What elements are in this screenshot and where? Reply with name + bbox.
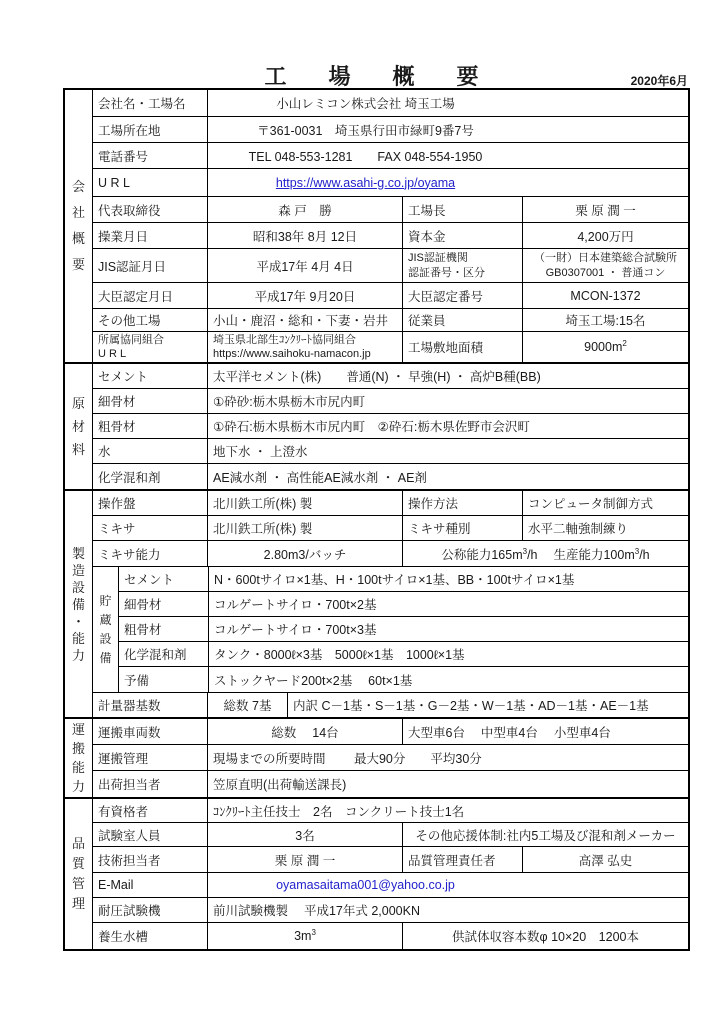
value-cell: 水平二軸強制練り — [523, 516, 688, 540]
row-label-cell: 化学混和剤 — [93, 464, 208, 489]
value-cell: MCON-1372 — [523, 283, 688, 308]
value-cell: その他応援体制:社内5工場及び混和剤メーカー — [403, 823, 688, 846]
section-label-col: 品質管理 — [65, 799, 93, 949]
table-row: 予備ストックヤード200t×2基 60t×1基 — [119, 667, 688, 692]
section-materials: 原材料セメント太平洋セメント(株) 普通(N) ・ 早強(H) ・ 高炉B種(B… — [65, 364, 688, 491]
row-label-cell: 細骨材 — [93, 389, 208, 413]
table-row: 有資格者ｺﾝｸﾘｰﾄ主任技士 2名 コンクリート技士1名 — [93, 799, 688, 823]
value-cell: タンク・8000ℓ×3基 5000ℓ×1基 1000ℓ×1基 — [209, 642, 688, 666]
row-label-cell: セメント — [119, 567, 209, 591]
table-row: 計量器基数総数 7基内訳 C－1基・S－1基・G－2基・W－1基・AD－1基・A… — [93, 693, 688, 717]
row-label-cell: 運搬管理 — [93, 745, 208, 770]
value-cell: 3名 — [208, 823, 403, 846]
table-row: 所属協同組合U R L埼玉県北部生ｺﾝｸﾘｰﾄ協同組合https://www.s… — [93, 332, 688, 362]
row-label-cell: ミキサ — [93, 516, 208, 540]
table-row: 耐圧試験機前川試験機製 平成17年式 2,000KN — [93, 898, 688, 923]
row-label-cell: 粗骨材 — [93, 414, 208, 438]
section-label-equipment: 製造設備・能力 — [72, 545, 85, 664]
row-label-cell: 出荷担当者 — [93, 771, 208, 797]
row-label-cell: U R L — [93, 169, 208, 196]
row-label-cell: その他工場 — [93, 309, 208, 331]
value-cell: 公称能力165m3/h 生産能力100m3/h — [403, 541, 688, 566]
table-row: 養生水槽3m3供試体収容本数φ 10×20 1200本 — [93, 923, 688, 949]
table-row: セメントN・600tサイロ×1基、H・100tサイロ×1基、BB・100tサイロ… — [119, 567, 688, 592]
storage-label: 貯蔵設備 — [99, 592, 111, 668]
value-cell: コルゲートサイロ・700t×3基 — [209, 617, 688, 641]
date-label: 2020年6月 — [63, 72, 688, 89]
table-row: 運搬車両数総数 14台大型車6台 中型車4台 小型車4台 — [93, 719, 688, 745]
row-label-cell: 運搬車両数 — [93, 719, 208, 744]
table-row: U R Lhttps://www.asahi-g.co.jp/oyama — [93, 169, 688, 197]
row-label-cell: 大臣認定月日 — [93, 283, 208, 308]
row-label-cell: 予備 — [119, 667, 209, 692]
section-label-col: 製造設備・能力 — [65, 491, 93, 717]
table-row: 工場所在地〒361-0031 埼玉県行田市緑町9番7号 — [93, 117, 688, 143]
value-cell: 総数 14台 — [208, 719, 403, 744]
table-row: 粗骨材①砕石:栃木県栃木市尻内町 ②砕石:栃木県佐野市会沢町 — [93, 414, 688, 439]
field-label-cell: 大臣認定番号 — [403, 283, 523, 308]
table-row: その他工場小山・鹿沼・総和・下妻・岩井従業員埼玉工場:15名 — [93, 309, 688, 332]
field-label-cell: 工場長 — [403, 197, 523, 222]
row-label-cell: セメント — [93, 364, 208, 388]
table-row: 代表取締役森 戸 勝工場長栗 原 潤 一 — [93, 197, 688, 223]
table-row: ミキサ北川鉄工所(株) 製ミキサ種別水平二軸強制練り — [93, 516, 688, 541]
value-cell: 2.80m3/バッチ — [208, 541, 403, 566]
value-cell — [523, 873, 688, 897]
table-row: 細骨材①砕砂:栃木県栃木市尻内町 — [93, 389, 688, 414]
row-label-cell: 会社名・工場名 — [93, 90, 208, 116]
value-cell: TEL 048-553-1281 FAX 048-554-1950 — [208, 143, 523, 168]
table-row: 大臣認定月日平成17年 9月20日大臣認定番号MCON-1372 — [93, 283, 688, 309]
row-label-cell: 細骨材 — [119, 592, 209, 616]
field-label-cell: 資本金 — [403, 223, 523, 248]
value-cell: 地下水 ・ 上澄水 — [208, 439, 688, 463]
value-cell: 埼玉県北部生ｺﾝｸﾘｰﾄ協同組合https://www.saihoku-nama… — [208, 332, 403, 362]
value-cell: ①砕石:栃木県栃木市尻内町 ②砕石:栃木県佐野市会沢町 — [208, 414, 688, 438]
value-cell: コルゲートサイロ・700t×2基 — [209, 592, 688, 616]
value-cell: 栗 原 潤 一 — [208, 847, 403, 872]
section-label-transport: 運搬能力 — [72, 720, 85, 796]
row-label-cell: E-Mail — [93, 873, 208, 897]
value-cell: 現場までの所要時間 最大90分 平均30分 — [208, 745, 688, 770]
value-cell: 北川鉄工所(株) 製 — [208, 516, 403, 540]
row-label-cell: 耐圧試験機 — [93, 898, 208, 922]
value-cell — [523, 143, 688, 168]
section-label-col: 会社概要 — [65, 90, 93, 362]
row-label-cell: 有資格者 — [93, 799, 208, 822]
storage-label-col: 貯蔵設備 — [93, 567, 119, 692]
value-cell: 埼玉工場:15名 — [523, 309, 688, 331]
page: 工 場 概 要 2020年6月 会社概要会社名・工場名小山レミコン株式会社 埼玉… — [0, 0, 724, 1024]
field-label-cell: 工場敷地面積 — [403, 332, 523, 362]
factory-overview-table: 会社概要会社名・工場名小山レミコン株式会社 埼玉工場工場所在地〒361-0031… — [63, 88, 690, 951]
value-cell — [523, 117, 688, 142]
value-cell: 昭和38年 8月 12日 — [208, 223, 403, 248]
section-equipment: 製造設備・能力操作盤北川鉄工所(株) 製操作方法コンピュータ制御方式ミキサ北川鉄… — [65, 491, 688, 719]
section-label-company: 会社概要 — [72, 174, 85, 278]
section-label-quality: 品質管理 — [72, 834, 85, 914]
table-row: 出荷担当者笠原直明(出荷輸送課長) — [93, 771, 688, 797]
field-label-cell: 品質管理責任者 — [403, 847, 523, 872]
table-row: 運搬管理現場までの所要時間 最大90分 平均30分 — [93, 745, 688, 771]
row-label-cell: ミキサ能力 — [93, 541, 208, 566]
value-cell: 3m3 — [208, 923, 403, 949]
row-label-cell: 化学混和剤 — [119, 642, 209, 666]
field-label-cell: 従業員 — [403, 309, 523, 331]
value-cell: 森 戸 勝 — [208, 197, 403, 222]
value-cell: 平成17年 9月20日 — [208, 283, 403, 308]
section-transport: 運搬能力運搬車両数総数 14台大型車6台 中型車4台 小型車4台運搬管理現場まで… — [65, 719, 688, 799]
value-cell — [523, 90, 688, 116]
value-cell: 〒361-0031 埼玉県行田市緑町9番7号 — [208, 117, 523, 142]
value-cell: 太平洋セメント(株) 普通(N) ・ 早強(H) ・ 高炉B種(BB) — [208, 364, 688, 388]
table-row: 操作盤北川鉄工所(株) 製操作方法コンピュータ制御方式 — [93, 491, 688, 516]
value-cell: ストックヤード200t×2基 60t×1基 — [209, 667, 688, 692]
value-cell: N・600tサイロ×1基、H・100tサイロ×1基、BB・100tサイロ×1基 — [209, 567, 688, 591]
row-label-cell: 水 — [93, 439, 208, 463]
value-cell: 総数 7基 — [208, 693, 288, 717]
field-label-cell: JIS認証機関認証番号・区分 — [403, 249, 523, 282]
row-label-cell: 操業月日 — [93, 223, 208, 248]
value-cell: 高澤 弘史 — [523, 847, 688, 872]
row-label-cell: 試験室人員 — [93, 823, 208, 846]
value-cell: 前川試験機製 平成17年式 2,000KN — [208, 898, 688, 922]
table-row: 化学混和剤AE減水剤 ・ 高性能AE減水剤 ・ AE剤 — [93, 464, 688, 489]
row-label-cell: 所属協同組合U R L — [93, 332, 208, 362]
value-cell: 4,200万円 — [523, 223, 688, 248]
value-cell: （一財）日本建築総合試験所GB0307001 ・ 普通コン — [523, 249, 688, 282]
table-row: 会社名・工場名小山レミコン株式会社 埼玉工場 — [93, 90, 688, 117]
table-row: 化学混和剤タンク・8000ℓ×3基 5000ℓ×1基 1000ℓ×1基 — [119, 642, 688, 667]
field-label-cell: ミキサ種別 — [403, 516, 523, 540]
section-quality: 品質管理有資格者ｺﾝｸﾘｰﾄ主任技士 2名 コンクリート技士1名試験室人員3名そ… — [65, 799, 688, 949]
value-cell: 笠原直明(出荷輸送課長) — [208, 771, 688, 797]
value-cell: 9000m2 — [523, 332, 688, 362]
section-label-col: 原材料 — [65, 364, 93, 489]
value-cell: 供試体収容本数φ 10×20 1200本 — [403, 923, 688, 949]
row-label-cell: 操作盤 — [93, 491, 208, 515]
row-label-cell: 技術担当者 — [93, 847, 208, 872]
section-label-materials: 原材料 — [72, 392, 85, 461]
table-row: JIS認証月日平成17年 4月 4日JIS認証機関認証番号・区分（一財）日本建築… — [93, 249, 688, 283]
row-label-cell: JIS認証月日 — [93, 249, 208, 282]
section-label-col: 運搬能力 — [65, 719, 93, 797]
field-label-cell: 操作方法 — [403, 491, 523, 515]
table-row: 粗骨材コルゲートサイロ・700t×3基 — [119, 617, 688, 642]
table-row: 水地下水 ・ 上澄水 — [93, 439, 688, 464]
email-link[interactable]: oyamasaitama001@yahoo.co.jp — [208, 873, 523, 897]
value-cell: 小山レミコン株式会社 埼玉工場 — [208, 90, 523, 116]
value-cell: ｺﾝｸﾘｰﾄ主任技士 2名 コンクリート技士1名 — [208, 799, 688, 822]
row-label-cell: 代表取締役 — [93, 197, 208, 222]
storage-block: 貯蔵設備セメントN・600tサイロ×1基、H・100tサイロ×1基、BB・100… — [93, 567, 688, 693]
row-label-cell: 電話番号 — [93, 143, 208, 168]
value-cell — [523, 169, 688, 196]
row-label-cell: 工場所在地 — [93, 117, 208, 142]
value-cell: 大型車6台 中型車4台 小型車4台 — [403, 719, 688, 744]
table-row: 技術担当者栗 原 潤 一品質管理責任者高澤 弘史 — [93, 847, 688, 873]
value-cell: 平成17年 4月 4日 — [208, 249, 403, 282]
table-row: 試験室人員3名その他応援体制:社内5工場及び混和剤メーカー — [93, 823, 688, 847]
row-label-cell: 養生水槽 — [93, 923, 208, 949]
value-cell: 北川鉄工所(株) 製 — [208, 491, 403, 515]
value-cell: 内訳 C－1基・S－1基・G－2基・W－1基・AD－1基・AE－1基 — [288, 693, 688, 717]
table-row: 電話番号TEL 048-553-1281 FAX 048-554-1950 — [93, 143, 688, 169]
row-label-cell: 粗骨材 — [119, 617, 209, 641]
section-company: 会社概要会社名・工場名小山レミコン株式会社 埼玉工場工場所在地〒361-0031… — [65, 90, 688, 364]
value-cell: コンピュータ制御方式 — [523, 491, 688, 515]
table-row: E-Mailoyamasaitama001@yahoo.co.jp — [93, 873, 688, 898]
table-row: 操業月日昭和38年 8月 12日資本金4,200万円 — [93, 223, 688, 249]
value-cell: 小山・鹿沼・総和・下妻・岩井 — [208, 309, 403, 331]
value-cell: 栗 原 潤 一 — [523, 197, 688, 222]
table-row: 細骨材コルゲートサイロ・700t×2基 — [119, 592, 688, 617]
table-row: セメント太平洋セメント(株) 普通(N) ・ 早強(H) ・ 高炉B種(BB) — [93, 364, 688, 389]
table-row: ミキサ能力2.80m3/バッチ公称能力165m3/h 生産能力100m3/h — [93, 541, 688, 567]
factory-url-link[interactable]: https://www.asahi-g.co.jp/oyama — [208, 169, 523, 196]
value-cell: ①砕砂:栃木県栃木市尻内町 — [208, 389, 688, 413]
row-label-cell: 計量器基数 — [93, 693, 208, 717]
value-cell: AE減水剤 ・ 高性能AE減水剤 ・ AE剤 — [208, 464, 688, 489]
